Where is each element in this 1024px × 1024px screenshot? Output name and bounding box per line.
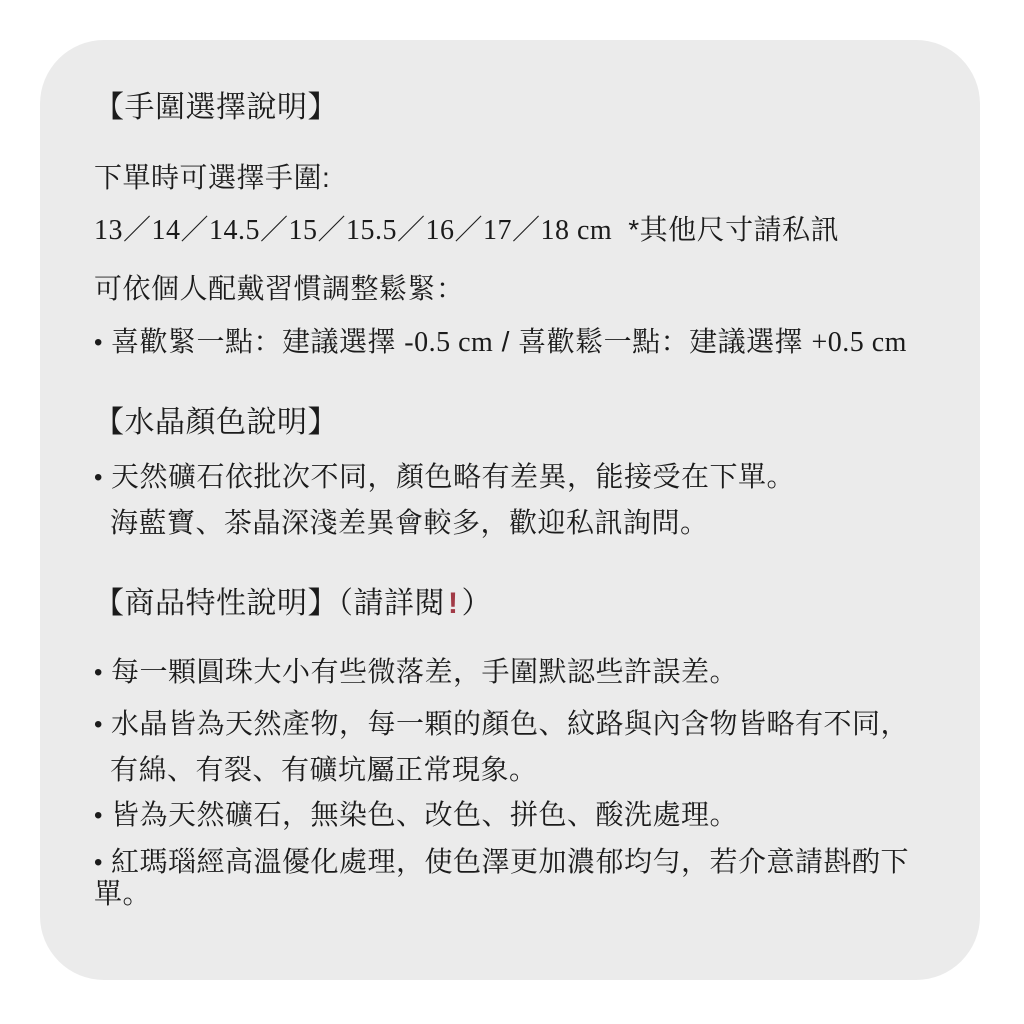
crystal-color-heading: 【水晶顏色說明】: [94, 405, 926, 441]
feature-carnelian-text: 紅瑪瑙經高溫優化處理，使色澤更加濃郁均勻，若介意請斟酌下單。: [94, 846, 909, 909]
fit-separator: /: [493, 326, 518, 357]
page-background: 【手圍選擇說明】 下單時可選擇手圍: 13／14／14.5／15／15.5／16…: [0, 0, 1024, 1024]
bullet-dot: •: [94, 711, 111, 739]
features-note-open: （請詳閱: [338, 587, 445, 620]
alert-exclamation-icon: !: [445, 587, 462, 620]
section-wrist-size: 【手圍選擇說明】 下單時可選擇手圍: 13／14／14.5／15／15.5／16…: [94, 90, 926, 359]
size-options-line: 13／14／14.5／15／15.5／16／17／18 cm*其他尺寸請私訊: [94, 214, 926, 247]
adjust-line: 可依個人配戴習慣調整鬆緊：: [94, 273, 926, 305]
feature-bead-size-text: 每一顆圓珠大小有些微落差，手圍默認些許誤差。: [111, 656, 738, 687]
bullet-dot: •: [94, 849, 111, 877]
size-note: *其他尺寸請私訊: [628, 214, 839, 245]
fit-tight-text: 喜歡緊一點：建議選擇: [111, 326, 404, 357]
color-variation-text: 天然礦石依批次不同，顏色略有差異，能接受在下單。: [111, 461, 795, 492]
section-crystal-color: 【水晶顏色說明】 •天然礦石依批次不同，顏色略有差異，能接受在下單。 海藍寶、茶…: [94, 405, 926, 539]
bullet-dot: •: [94, 464, 111, 492]
features-note-close: ）: [462, 587, 493, 620]
features-heading-text: 【商品特性說明】: [94, 587, 338, 620]
color-variation-cont-line: 海藍寶、茶晶深淺差異會較多，歡迎私訊詢問。: [94, 507, 926, 539]
feature-natural-text: 水晶皆為天然產物，每一顆的顏色、紋路與內含物皆略有不同，: [111, 708, 909, 739]
section-product-features: 【商品特性說明】（請詳閱!） •每一顆圓珠大小有些微落差，手圍默認些許誤差。 •…: [94, 586, 926, 910]
product-features-heading: 【商品特性說明】（請詳閱!）: [94, 586, 926, 622]
size-values: 13／14／14.5／15／15.5／16／17／18 cm: [94, 215, 612, 246]
feature-bead-size-line: •每一顆圓珠大小有些微落差，手圍默認些許誤差。: [94, 656, 926, 688]
feature-carnelian-line: •紅瑪瑙經高溫優化處理，使色澤更加濃郁均勻，若介意請斟酌下單。: [94, 846, 926, 910]
bullet-dot: •: [94, 329, 111, 357]
color-variation-line: •天然礦石依批次不同，顏色略有差異，能接受在下單。: [94, 461, 926, 493]
product-notes-panel: 【手圍選擇說明】 下單時可選擇手圍: 13／14／14.5／15／15.5／16…: [40, 40, 980, 980]
bullet-dot: •: [94, 802, 111, 830]
order-size-line: 下單時可選擇手圍:: [94, 162, 926, 194]
wrist-size-heading: 【手圍選擇說明】: [94, 90, 926, 126]
feature-no-dye-line: •皆為天然礦石，無染色、改色、拼色、酸洗處理。: [94, 799, 926, 831]
feature-natural-cont-line: 有綿、有裂、有礦坑屬正常現象。: [94, 754, 926, 786]
fit-plus-value: +0.5 cm: [811, 327, 907, 358]
bullet-dot: •: [94, 659, 111, 687]
feature-natural-line: •水晶皆為天然產物，每一顆的顏色、紋路與內含物皆略有不同，: [94, 708, 926, 740]
fit-suggestion-line: •喜歡緊一點：建議選擇 -0.5 cm / 喜歡鬆一點：建議選擇 +0.5 cm: [94, 326, 926, 359]
fit-minus-value: -0.5 cm: [404, 327, 493, 358]
feature-no-dye-text: 皆為天然礦石，無染色、改色、拼色、酸洗處理。: [111, 799, 738, 830]
fit-loose-text: 喜歡鬆一點：建議選擇: [518, 326, 811, 357]
